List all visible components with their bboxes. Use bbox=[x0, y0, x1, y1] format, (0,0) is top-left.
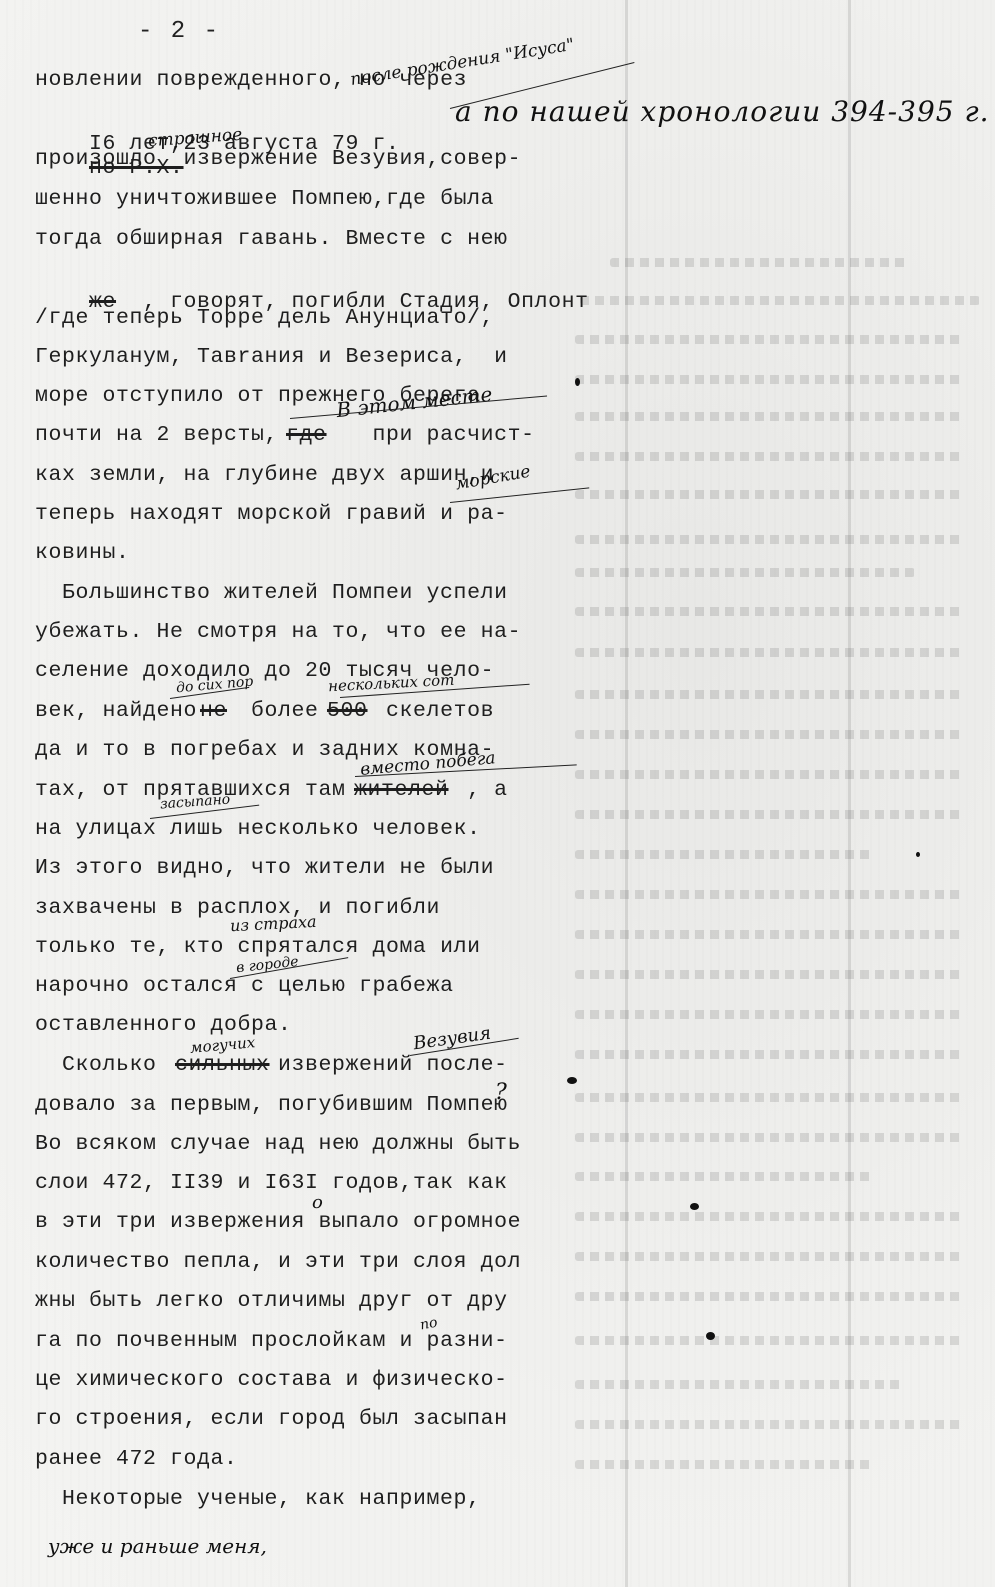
typed-line: Геркуланум, Тавrания и Везериса, и bbox=[35, 345, 508, 369]
typed-line: ках земли, на глубине двух аршин,и bbox=[35, 463, 494, 487]
handwritten-annotation: уже и раньше меня, bbox=[48, 1534, 267, 1558]
ink-blot bbox=[706, 1332, 715, 1340]
show-through-text bbox=[575, 607, 965, 616]
struck-text: жителей bbox=[354, 778, 449, 802]
handwritten-annotation: ? bbox=[495, 1080, 507, 1105]
typed-line: га по почвенным прослойкам и разни- bbox=[35, 1329, 508, 1353]
typed-line: Сколько извержений после- bbox=[62, 1053, 508, 1077]
typed-line: Большинство жителей Помпеи успели bbox=[62, 581, 508, 605]
typed-line: Во всяком случае над нею должны быть bbox=[35, 1132, 521, 1156]
typed-line: произошло извержение Везувия,совер- bbox=[35, 147, 521, 171]
show-through-text bbox=[575, 535, 965, 544]
struck-text: где bbox=[286, 423, 327, 447]
show-through-text bbox=[575, 1292, 965, 1301]
show-through-text bbox=[575, 490, 965, 499]
show-through-text bbox=[575, 1093, 965, 1102]
show-through-text bbox=[610, 258, 910, 267]
typed-line: в эти три извержения выпало огромное bbox=[35, 1210, 521, 1234]
show-through-text bbox=[575, 690, 965, 699]
typed-line: жны быть легко отличимы друг от дру bbox=[35, 1289, 508, 1313]
show-through-text bbox=[575, 850, 875, 859]
typed-line: ковины. bbox=[35, 541, 130, 565]
show-through-text bbox=[575, 1420, 965, 1429]
typed-line: теперь находят морской гравий и ра- bbox=[35, 502, 508, 526]
show-through-text bbox=[575, 1336, 965, 1345]
typed-line: це химического состава и физическо- bbox=[35, 1368, 508, 1392]
typed-line: на улицах лишь несколько человек. bbox=[35, 817, 481, 841]
show-through-text bbox=[575, 970, 965, 979]
typed-line: слои 472, II39 и I63I годов,так как bbox=[35, 1171, 508, 1195]
show-through-text bbox=[575, 1133, 965, 1142]
ink-blot bbox=[567, 1077, 577, 1084]
show-through-text bbox=[575, 770, 965, 779]
show-through-text bbox=[580, 296, 980, 305]
scanned-page: - 2 - новлении поврежденного, но через I… bbox=[0, 0, 995, 1587]
handwritten-annotation: из страха bbox=[230, 912, 317, 936]
ink-blot bbox=[916, 852, 920, 857]
scan-streak bbox=[848, 0, 851, 1587]
struck-text: не bbox=[200, 699, 227, 723]
show-through-text bbox=[575, 375, 965, 384]
show-through-text bbox=[575, 648, 965, 657]
typed-line: только те, кто спрятался дома или bbox=[35, 935, 481, 959]
typed-line: довало за первым, погубившим Помпею bbox=[35, 1093, 508, 1117]
handwritten-annotation: а по нашей хронологии 394-395 г. bbox=[455, 95, 990, 128]
struck-text: 500 bbox=[327, 699, 368, 723]
typed-line: убежать. Не смотря на то, что ее на- bbox=[35, 620, 521, 644]
typed-line: ранее 472 года. bbox=[35, 1447, 238, 1471]
typed-line: /где теперь Торре дель Анунциато/, bbox=[35, 306, 494, 330]
struck-text: сильных bbox=[175, 1053, 270, 1077]
show-through-text bbox=[575, 1252, 965, 1261]
show-through-text bbox=[575, 1212, 965, 1221]
show-through-text bbox=[575, 890, 965, 899]
show-through-text bbox=[575, 1172, 875, 1181]
typed-line: нарочно остался с целью грабежа bbox=[35, 974, 454, 998]
typed-line: век, найдено более скелетов bbox=[35, 699, 494, 723]
typed-line: Некоторые ученые, как например, bbox=[62, 1487, 481, 1511]
typed-line: почти на 2 версты, при расчист- bbox=[35, 423, 535, 447]
page-number: - 2 - bbox=[138, 18, 220, 45]
handwritten-annotation: о bbox=[312, 1192, 323, 1213]
typed-line: шенно уничтожившее Помпею,где была bbox=[35, 187, 494, 211]
scan-streak bbox=[625, 0, 628, 1587]
ink-blot bbox=[575, 378, 580, 386]
show-through-text bbox=[575, 810, 965, 819]
show-through-text bbox=[575, 1460, 875, 1469]
show-through-text bbox=[575, 412, 965, 421]
show-through-text bbox=[575, 568, 915, 577]
typed-line: тогда обширная гавань. Вместе с нею bbox=[35, 227, 508, 251]
show-through-text bbox=[575, 1380, 905, 1389]
show-through-text bbox=[575, 730, 965, 739]
show-through-text bbox=[575, 1050, 965, 1059]
handwritten-annotation: Везувия bbox=[412, 1023, 492, 1055]
show-through-text bbox=[575, 1010, 965, 1019]
typed-line: го строения, если город был засыпан bbox=[35, 1407, 508, 1431]
typed-line: Из этого видно, что жители не были bbox=[35, 856, 494, 880]
show-through-text bbox=[575, 335, 965, 344]
show-through-text bbox=[575, 452, 965, 461]
typed-line: количество пепла, и эти три слоя дол bbox=[35, 1250, 521, 1274]
handwritten-annotation: по bbox=[419, 1315, 439, 1334]
ink-blot bbox=[690, 1203, 699, 1210]
show-through-text bbox=[575, 930, 965, 939]
